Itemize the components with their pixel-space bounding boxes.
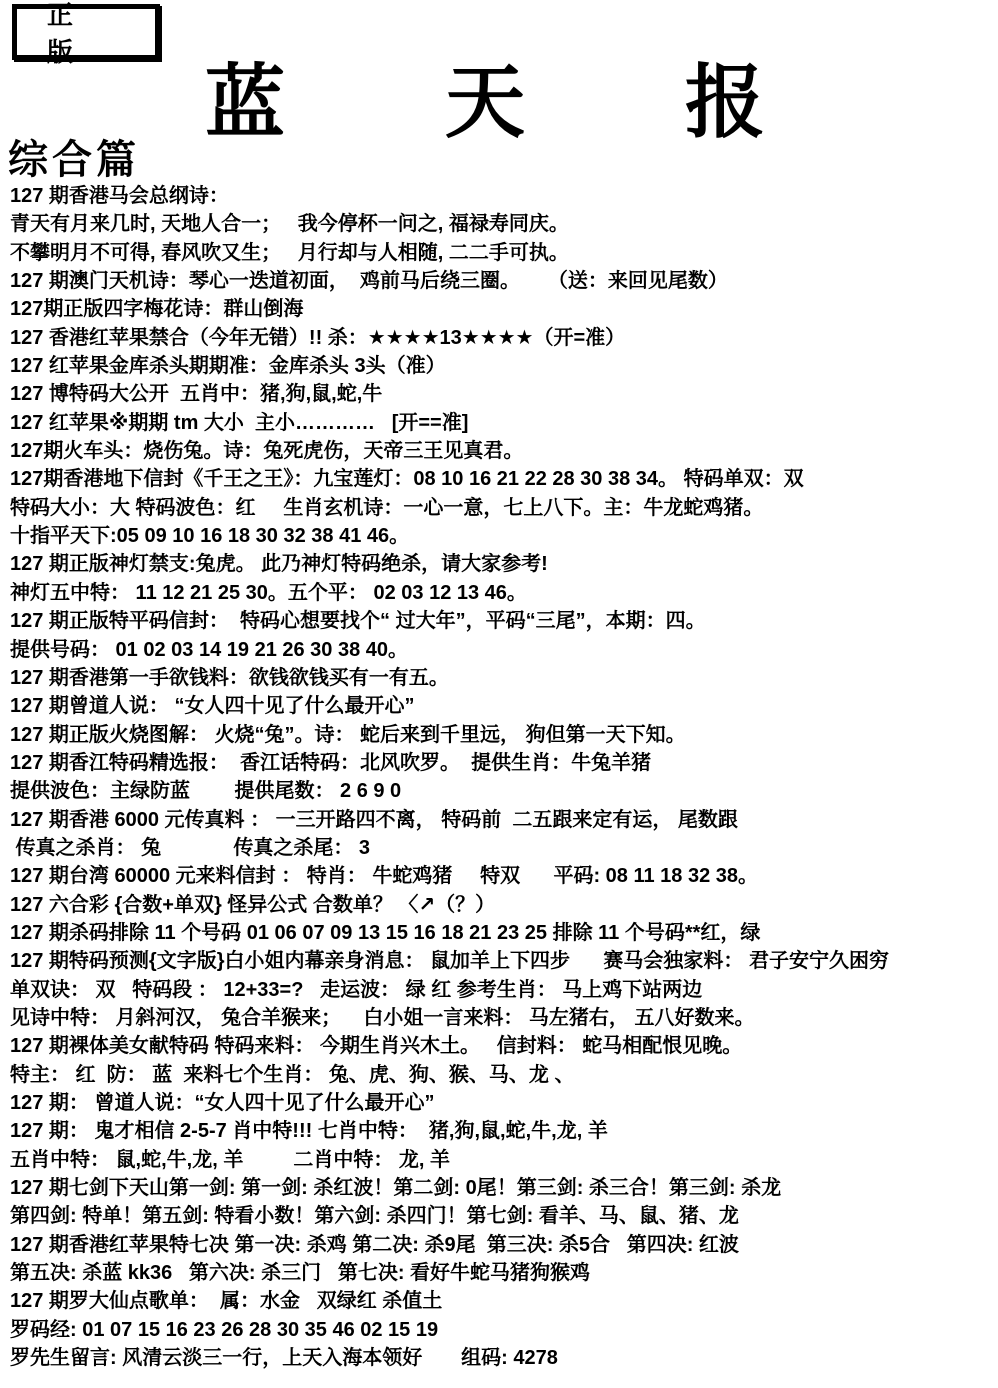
report-line: 提供号码： 01 02 03 14 19 21 26 30 38 40。 — [10, 636, 994, 664]
edition-badge-label: 正版 — [47, 0, 155, 69]
report-line: 提供波色：主绿防蓝 提供尾数： 2 6 9 0 — [10, 777, 994, 805]
report-line: 十指平天下:05 09 10 16 18 30 32 38 41 46。 — [10, 522, 994, 550]
report-line: 127 期正版神灯禁支:兔虎。 此乃神灯特码绝杀，请大家参考! — [10, 550, 994, 578]
report-line: 特码大小：大 特码波色：红 生肖玄机诗：一心一意，七上八下。主：牛龙蛇鸡猪。 — [10, 494, 994, 522]
report-line: 127 期： 鬼才相信 2-5-7 肖中特!!! 七肖中特： 猪,狗,鼠,蛇,牛… — [10, 1117, 994, 1145]
page-title: 蓝天报 — [205, 38, 925, 153]
report-line: 127 期香港红苹果特七决 第一决: 杀鸡 第二决: 杀9尾 第三决: 杀5合 … — [10, 1231, 994, 1259]
section-title: 综合篇 — [8, 128, 140, 185]
report-line: 127期正版四字梅花诗：群山倒海 — [10, 295, 994, 323]
report-line: 127 期香港 6000 元传真料 ： 一三开路四不离， 特码前 二五跟来定有运… — [10, 806, 994, 834]
report-line: 传真之杀肖： 兔 传真之杀尾： 3 — [10, 834, 994, 862]
report-line: 127 期杀码排除 11 个号码 01 06 07 09 13 15 16 18… — [10, 919, 994, 947]
report-line: 127 六合彩 {合数+单双} 怪异公式 合数单？ 〈↗（？） — [10, 891, 994, 919]
report-line: 第四剑: 特单！第五剑: 特看小数！第六剑: 杀四门！第七剑: 看羊、马、鼠、猪… — [10, 1202, 994, 1230]
report-line: 特主： 红 防： 蓝 来料七个生肖： 兔、虎、狗、猴、马、龙 、 — [10, 1061, 994, 1089]
report-line: 127期香港地下信封《千王之王》：九宝莲灯：08 10 16 21 22 28 … — [10, 465, 994, 493]
report-line: 127期火车头：烧伤兔。诗：兔死虎伤，天帝三王见真君。 — [10, 437, 994, 465]
newspaper-page: 正版 蓝天报 综合篇 127 期香港马会总纲诗： 青天有月来几时, 天地人合一；… — [0, 0, 998, 1388]
report-line: 不攀明月不可得, 春风吹又生； 月行却与人相随, 二二手可执。 — [10, 239, 994, 267]
report-line: 127 期七剑下天山第一剑: 第一剑: 杀红波！第二剑: 0尾！第三剑: 杀三合… — [10, 1174, 994, 1202]
report-line: 罗先生留言: 风清云淡三一行，上天入海本领好 组码: 4278 — [10, 1344, 994, 1372]
report-line: 127 期台湾 60000 元来料信封 ： 特肖： 牛蛇鸡猪 特双 平码: 08… — [10, 862, 994, 890]
report-line: 127 期特码预测{文字版}白小姐内幕亲身消息： 鼠加羊上下四步 赛马会独家料：… — [10, 947, 994, 975]
report-line: 127 红苹果※期期 tm 大小 主小………… [开==准] — [10, 409, 994, 437]
report-line: 127 期澳门天机诗：琴心一迭道初面， 鸡前马后绕三圈。 （送：来回见尾数） — [10, 267, 994, 295]
report-body: 127 期香港马会总纲诗： 青天有月来几时, 天地人合一； 我今停杯一问之, 福… — [10, 182, 994, 1372]
edition-badge: 正版 — [12, 4, 160, 60]
report-line: 罗码经: 01 07 15 16 23 26 28 30 35 46 02 15… — [10, 1316, 994, 1344]
report-line: 127 香港红苹果禁合（今年无错）!! 杀：★★★★13★★★★（开=准） — [10, 324, 994, 352]
report-line: 单双诀： 双 特码段 ： 12+33=? 走运波： 绿 红 参考生肖： 马上鸡下… — [10, 976, 994, 1004]
report-line: 第五决: 杀蓝 kk36 第六决: 杀三门 第七决: 看好牛蛇马猪狗猴鸡 — [10, 1259, 994, 1287]
report-line: 127 期罗大仙点歌单： 属：水金 双绿红 杀值土 — [10, 1287, 994, 1315]
report-line: 五肖中特： 鼠,蛇,牛,龙, 羊 二肖中特： 龙, 羊 — [10, 1146, 994, 1174]
report-line: 见诗中特： 月斜河汉， 兔合羊猴来； 白小姐一言来料： 马左猪右， 五八好数来。 — [10, 1004, 994, 1032]
report-line: 127 期正版火烧图解： 火烧“兔”。诗： 蛇后来到千里远， 狗但第一天下知。 — [10, 721, 994, 749]
report-line: 127 博特码大公开 五肖中：猪,狗,鼠,蛇,牛 — [10, 380, 994, 408]
report-line: 127 期香江特码精选报： 香江话特码：北风吹罗。 提供生肖：牛兔羊猪 — [10, 749, 994, 777]
report-line: 神灯五中特： 11 12 21 25 30。五个平： 02 03 12 13 4… — [10, 579, 994, 607]
report-line: 127 期香港马会总纲诗： — [10, 182, 994, 210]
report-line: 127 期曾道人说： “女人四十见了什么最开心” — [10, 692, 994, 720]
report-line: 127 期正版特平码信封： 特码心想要找个“ 过大年”，平码“三尾”，本期：四。 — [10, 607, 994, 635]
report-line: 127 期香港第一手欲钱料：欲钱欲钱买有一有五。 — [10, 664, 994, 692]
report-line: 127 红苹果金库杀头期期准：金库杀头 3头（准） — [10, 352, 994, 380]
report-line: 127 期： 曾道人说：“女人四十见了什么最开心” — [10, 1089, 994, 1117]
report-line: 127 期裸体美女献特码 特码来料： 今期生肖兴木土。 信封料： 蛇马相配恨见晚… — [10, 1032, 994, 1060]
report-line: 青天有月来几时, 天地人合一； 我今停杯一问之, 福禄寿同庆。 — [10, 210, 994, 238]
